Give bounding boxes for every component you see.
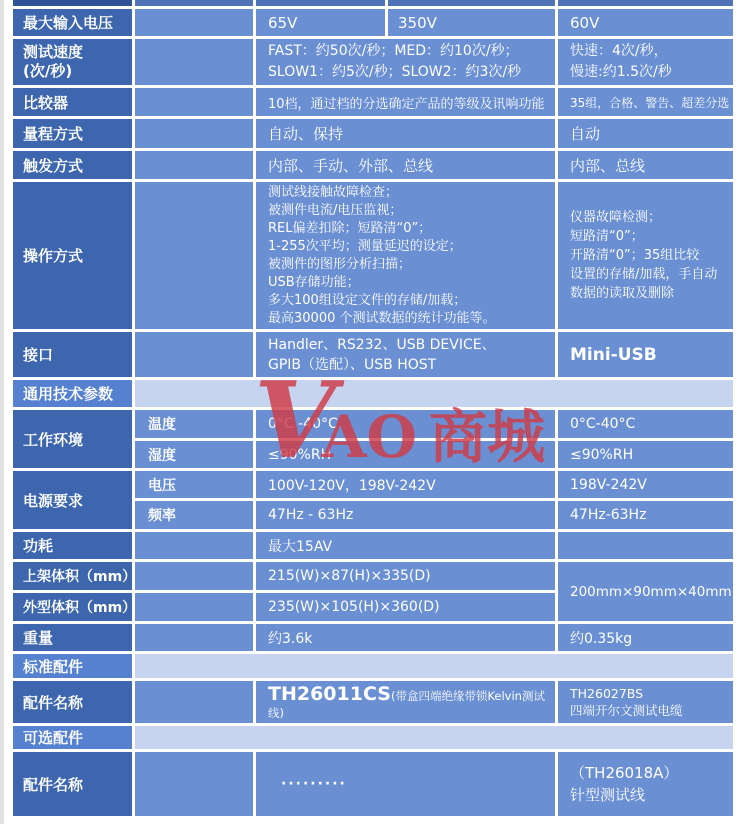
value-max-voltage-model-b: 350V: [388, 9, 555, 36]
sublabel-voltage: 电压: [135, 471, 253, 498]
label-weight: 重量: [13, 624, 132, 651]
accessory-1-model: TH26011CS: [268, 683, 391, 705]
value-range-mode-main: 自动、保持: [256, 119, 555, 148]
value-voltage-main: 100V-120V，198V-242V: [256, 471, 555, 498]
empty-cell: [135, 88, 253, 116]
section-optional-accessories-body: [135, 726, 733, 749]
label-interface: 接口: [13, 332, 132, 377]
empty-cell: [135, 752, 253, 816]
section-optional-accessories: 可选配件: [13, 726, 132, 749]
value-temperature-right: 0°C-40°C: [558, 410, 733, 438]
spec-table: 最大输入电压 65V 350V 60V 测试速度 (次/秒) FAST：约50次…: [13, 0, 733, 816]
value-accessory-1-main: TH26011CS(带盒四端绝缘带锁Kelvin测试线): [256, 681, 555, 723]
section-standard-accessories: 标准配件: [13, 654, 132, 678]
empty-cell: [135, 9, 253, 36]
section-standard-accessories-body: [135, 654, 733, 678]
sublabel-frequency: 频率: [135, 501, 253, 529]
label-power-consumption: 功耗: [13, 532, 132, 559]
value-power-consumption-main: 最大15AV: [256, 532, 555, 559]
empty-cell: [135, 562, 253, 590]
empty-cell: [135, 182, 253, 329]
empty-cell: [135, 532, 253, 559]
value-temperature-main: 0°C -40°C: [256, 410, 555, 438]
value-test-speed-main: FAST：约50次/秒；MED：约10次/秒； SLOW1：约5次/秒；SLOW…: [256, 39, 555, 85]
value-outer-size-main: 235(W)×105(H)×360(D): [256, 593, 555, 621]
value-max-voltage-model-a: 65V: [256, 9, 385, 36]
empty-cell: [135, 119, 253, 148]
section-general-params: 通用技术参数: [13, 380, 132, 407]
empty-cell: [135, 593, 253, 621]
partial-row-cell: [256, 0, 385, 6]
partial-row-cell: [135, 0, 253, 6]
section-general-params-body: [135, 380, 733, 407]
empty-cell: [135, 39, 253, 85]
label-trigger-mode: 触发方式: [13, 151, 132, 179]
value-trigger-mode-right: 内部、总线: [558, 151, 733, 179]
value-accessory-1-right: TH26027BS 四端开尔文测试电缆: [558, 681, 733, 723]
value-range-mode-right: 自动: [558, 119, 733, 148]
label-accessory-name-1: 配件名称: [13, 681, 132, 723]
value-accessory-2-right: （TH26018A） 针型测试线: [558, 752, 733, 816]
empty-cell: [135, 624, 253, 651]
value-test-speed-right: 快速：4次/秒， 慢速:约1.5次/秒: [558, 39, 733, 85]
label-working-env: 工作环境: [13, 410, 132, 468]
value-max-voltage-model-c: 60V: [558, 9, 733, 36]
label-max-input-voltage: 最大输入电压: [13, 9, 132, 36]
label-range-mode: 量程方式: [13, 119, 132, 148]
value-interface-main: Handler、RS232、USB DEVICE、 GPIB（选配）、USB H…: [256, 332, 555, 377]
label-operation-mode: 操作方式: [13, 182, 132, 329]
page-left-edge: [0, 0, 4, 824]
value-operation-mode-right: 仪器故障检测； 短路清“0”； 开路清“0”；35组比较 设置的存储/加载，手自…: [558, 182, 733, 329]
value-comparator-main: 10档，通过档的分选确定产品的等级及讯响功能: [256, 88, 555, 116]
label-test-speed: 测试速度 (次/秒): [13, 39, 132, 85]
label-outer-size: 外型体积（mm）: [13, 593, 132, 621]
partial-row-cell: [388, 0, 555, 6]
value-comparator-right: 35组，合格、警告、超差分选: [558, 88, 733, 116]
value-weight-right: 约0.35kg: [558, 624, 733, 651]
value-rack-size-main: 215(W)×87(H)×335(D): [256, 562, 555, 590]
empty-cell: [135, 681, 253, 723]
label-accessory-name-2: 配件名称: [13, 752, 132, 816]
value-voltage-right: 198V-242V: [558, 471, 733, 498]
empty-cell: [135, 151, 253, 179]
value-power-consumption-right: [558, 532, 733, 559]
label-power-requirement: 电源要求: [13, 471, 132, 529]
label-rack-size: 上架体积（mm）: [13, 562, 132, 590]
value-frequency-main: 47Hz - 63Hz: [256, 501, 555, 529]
value-accessory-2-main: ·········: [256, 752, 555, 816]
partial-row-label-cell: [13, 0, 132, 6]
sublabel-temperature: 温度: [135, 410, 253, 438]
value-size-right-merged: 200mm×90mm×40mm: [558, 562, 733, 621]
value-humidity-main: ≤90%RH: [256, 441, 555, 468]
value-humidity-right: ≤90%RH: [558, 441, 733, 468]
sublabel-humidity: 湿度: [135, 441, 253, 468]
spec-sheet-page: 最大输入电压 65V 350V 60V 测试速度 (次/秒) FAST：约50次…: [0, 0, 750, 824]
value-frequency-right: 47Hz-63Hz: [558, 501, 733, 529]
partial-row-cell: [558, 0, 733, 6]
value-trigger-mode-main: 内部、手动、外部、总线: [256, 151, 555, 179]
value-interface-right: Mini-USB: [558, 332, 733, 377]
empty-cell: [135, 332, 253, 377]
value-operation-mode-main: 测试线接触故障检查； 被测件电流/电压监视； REL偏差扣除；短路清“0”； 1…: [256, 182, 555, 329]
value-weight-main: 约3.6k: [256, 624, 555, 651]
label-comparator: 比较器: [13, 88, 132, 116]
